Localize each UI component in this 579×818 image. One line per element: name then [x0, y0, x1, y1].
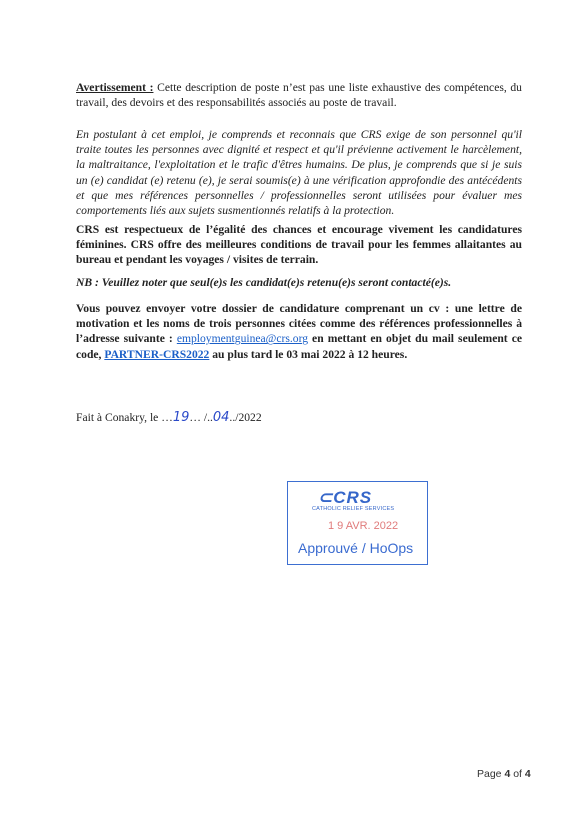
email-link[interactable]: employmentguinea@crs.org [177, 332, 308, 345]
stamp-date: 1 9 AVR. 2022 [328, 520, 398, 532]
page-footer: Page 4 of 4 [477, 768, 531, 780]
code-link[interactable]: PARTNER-CRS2022 [104, 348, 209, 361]
safeguarding-paragraph: En postulant à cet emploi, je comprends … [76, 127, 522, 218]
warning-paragraph: Avertissement : Cette description de pos… [76, 80, 522, 110]
application-paragraph: Vous pouvez envoyer votre dossier de can… [76, 301, 522, 362]
crs-logo: ⊂CRS [318, 488, 372, 508]
crs-swirl-icon: ⊂ [318, 488, 333, 507]
warning-label: Avertissement : [76, 81, 153, 94]
stamp-org: CATHOLIC RELIEF SERVICES [312, 506, 394, 512]
nb-paragraph: NB : Veuillez noter que seul(e)s les can… [76, 275, 522, 290]
stamp-approval: Approuvé / HoOps [298, 540, 413, 556]
approval-stamp: ⊂CRS CATHOLIC RELIEF SERVICES 1 9 AVR. 2… [287, 481, 428, 565]
signature-line: Fait à Conakry, le …19… /..04../2022 [76, 410, 522, 425]
handwritten-month: 04 [213, 410, 230, 425]
handwritten-day: 19 [173, 410, 190, 425]
equality-paragraph: CRS est respectueux de l’égalité des cha… [76, 222, 522, 268]
